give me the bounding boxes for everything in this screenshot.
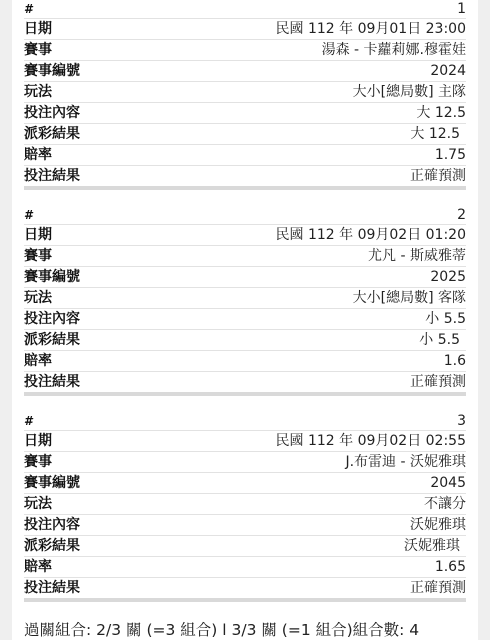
row-result: 派彩結果 大 12.5: [24, 124, 466, 145]
value-bet-type: 不讓分: [424, 494, 466, 514]
value-bet-result: 正確預測: [410, 578, 466, 598]
value-odds: 1.75: [435, 145, 466, 165]
row-result: 派彩結果 小 5.5: [24, 330, 466, 351]
label-odds: 賠率: [24, 351, 52, 371]
row-bet-content: 投注內容 沃妮雅琪: [24, 515, 466, 536]
label-match: 賽事: [24, 40, 52, 60]
label-bet-result: 投注結果: [24, 166, 80, 186]
value-number: 2: [457, 205, 466, 225]
value-result: 沃妮雅琪: [404, 536, 466, 556]
section-divider: [24, 598, 466, 602]
row-bet-type: 玩法 大小[總局數] 主隊: [24, 82, 466, 103]
label-odds: 賠率: [24, 145, 52, 165]
section-divider: [24, 392, 466, 396]
row-result: 派彩結果 沃妮雅琪: [24, 536, 466, 557]
section-divider: [24, 186, 466, 190]
row-match-id: 賽事編號 2025: [24, 267, 466, 288]
value-bet-content: 沃妮雅琪: [410, 515, 466, 535]
label-result: 派彩結果: [24, 536, 80, 556]
bet-section-2: # 2 日期 民國 112 年 09月02日 01:20 賽事 尤凡 - 斯威雅…: [24, 206, 466, 396]
value-result: 小 5.5: [419, 330, 466, 350]
label-result: 派彩結果: [24, 330, 80, 350]
row-bet-result: 投注結果 正確預測: [24, 578, 466, 598]
value-number: 1: [457, 0, 466, 19]
label-number: #: [24, 0, 32, 19]
label-match-id: 賽事編號: [24, 61, 80, 81]
row-date: 日期 民國 112 年 09月02日 01:20: [24, 225, 466, 246]
value-match-id: 2024: [430, 61, 466, 81]
row-match-id: 賽事編號 2024: [24, 61, 466, 82]
row-number: # 1: [24, 0, 466, 19]
label-bet-content: 投注內容: [24, 515, 80, 535]
row-bet-result: 投注結果 正確預測: [24, 372, 466, 392]
value-date: 民國 112 年 09月02日 01:20: [276, 225, 467, 245]
label-bet-type: 玩法: [24, 82, 52, 102]
label-bet-result: 投注結果: [24, 578, 80, 598]
row-match: 賽事 湯森 - 卡蘿莉娜.穆霍娃: [24, 40, 466, 61]
row-odds: 賠率 1.65: [24, 557, 466, 578]
label-bet-content: 投注內容: [24, 309, 80, 329]
value-bet-result: 正確預測: [410, 166, 466, 186]
label-date: 日期: [24, 19, 52, 39]
label-date: 日期: [24, 225, 52, 245]
label-match: 賽事: [24, 246, 52, 266]
value-match: J.布雷迪 - 沃妮雅琪: [345, 452, 466, 472]
label-date: 日期: [24, 431, 52, 451]
row-match: 賽事 J.布雷迪 - 沃妮雅琪: [24, 452, 466, 473]
value-match-id: 2045: [430, 473, 466, 493]
label-match: 賽事: [24, 452, 52, 472]
value-bet-content: 大 12.5: [416, 103, 466, 123]
row-bet-result: 投注結果 正確預測: [24, 166, 466, 186]
label-bet-content: 投注內容: [24, 103, 80, 123]
row-match: 賽事 尤凡 - 斯威雅蒂: [24, 246, 466, 267]
row-date: 日期 民國 112 年 09月01日 23:00: [24, 19, 466, 40]
value-bet-content: 小 5.5: [425, 309, 466, 329]
value-result: 大 12.5: [410, 124, 466, 144]
row-number: # 3: [24, 412, 466, 431]
label-odds: 賠率: [24, 557, 52, 577]
row-odds: 賠率 1.6: [24, 351, 466, 372]
row-odds: 賠率 1.75: [24, 145, 466, 166]
value-date: 民國 112 年 09月01日 23:00: [276, 19, 467, 39]
row-bet-content: 投注內容 大 12.5: [24, 103, 466, 124]
row-date: 日期 民國 112 年 09月02日 02:55: [24, 431, 466, 452]
bet-section-3: # 3 日期 民國 112 年 09月02日 02:55 賽事 J.布雷迪 - …: [24, 412, 466, 602]
label-match-id: 賽事編號: [24, 267, 80, 287]
value-bet-result: 正確預測: [410, 372, 466, 392]
value-number: 3: [457, 411, 466, 431]
label-number: #: [24, 411, 32, 431]
label-result: 派彩結果: [24, 124, 80, 144]
value-match: 湯森 - 卡蘿莉娜.穆霍娃: [322, 40, 466, 60]
bet-detail-page: # 1 日期 民國 112 年 09月01日 23:00 賽事 湯森 - 卡蘿莉…: [12, 0, 478, 640]
value-bet-type: 大小[總局數] 主隊: [353, 82, 466, 102]
value-bet-type: 大小[總局數] 客隊: [353, 288, 466, 308]
bet-section-1: # 1 日期 民國 112 年 09月01日 23:00 賽事 湯森 - 卡蘿莉…: [24, 0, 466, 190]
value-odds: 1.65: [435, 557, 466, 577]
row-bet-content: 投注內容 小 5.5: [24, 309, 466, 330]
label-number: #: [24, 205, 32, 225]
label-bet-type: 玩法: [24, 494, 52, 514]
value-odds: 1.6: [444, 351, 466, 371]
value-date: 民國 112 年 09月02日 02:55: [276, 431, 467, 451]
label-bet-type: 玩法: [24, 288, 52, 308]
label-match-id: 賽事編號: [24, 473, 80, 493]
value-match-id: 2025: [430, 267, 466, 287]
row-match-id: 賽事編號 2045: [24, 473, 466, 494]
row-bet-type: 玩法 大小[總局數] 客隊: [24, 288, 466, 309]
row-bet-type: 玩法 不讓分: [24, 494, 466, 515]
label-bet-result: 投注結果: [24, 372, 80, 392]
row-number: # 2: [24, 206, 466, 225]
value-match: 尤凡 - 斯威雅蒂: [368, 246, 466, 266]
parlay-summary: 過關組合: 2/3 關 (=3 組合) l 3/3 關 (=1 組合)組合數: …: [24, 618, 484, 640]
